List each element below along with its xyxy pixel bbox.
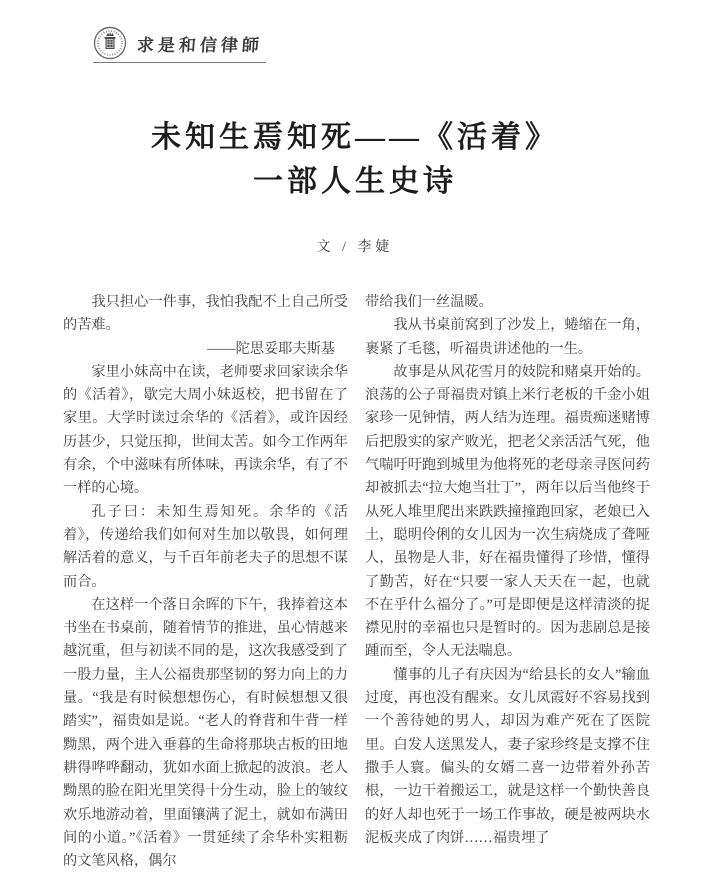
article-body: 我只担心一件事，我怕我配不上自己所受的苦难。——陀思妥耶夫斯基家里小妹高中在读，… — [63, 291, 650, 874]
paragraph-left-2: ——陀思妥耶夫斯基 — [63, 338, 348, 361]
article-title-line2: 一部人生史诗 — [0, 160, 710, 204]
article-title: 未知生焉知死——《活着》 一部人生史诗 — [0, 116, 710, 204]
brand-name: 求是和信律師 — [136, 31, 264, 56]
paragraph-right-2: 我从书桌前窝到了沙发上，蜷缩在一角，裹紧了毛毯，听福贵讲述他的一生。 — [365, 314, 650, 361]
law-firm-seal-icon — [93, 26, 127, 60]
article-title-line1: 未知生焉知死——《活着》 — [0, 116, 710, 160]
byline: 文 / 李婕 — [0, 236, 710, 256]
page-header: 求是和信律師 — [93, 24, 353, 62]
paragraph-right-1: 带给我们一丝温暖。 — [365, 291, 650, 314]
paragraph-right-3: 故事是从风花雪月的妓院和赌桌开始的。浪荡的公子哥福贵对镇上米行老板的千金小姐家珍… — [365, 361, 650, 664]
paragraph-left-3: 家里小妹高中在读，老师要求回家读余华的《活着》，歇完大周小妹返校，把书留在了家里… — [63, 361, 348, 501]
paragraph-right-4: 懂事的儿子有庆因为“给县长的女人”输血过度，再也没有醒来。女儿凤霞好不容易找到一… — [365, 664, 650, 850]
paragraph-left-5: 在这样一个落日余晖的下午，我捧着这本书坐在书桌前，随着情节的推进，虽心情越来越沉… — [63, 594, 348, 874]
brand-row: 求是和信律師 — [93, 24, 353, 62]
paragraph-left-1: 我只担心一件事，我怕我配不上自己所受的苦难。 — [63, 291, 348, 338]
paragraph-left-4: 孔子曰：未知生焉知死。余华的《活着》，传递给我们如何对生加以敬畏，如何理解活着的… — [63, 501, 348, 594]
article-column-right: 带给我们一丝温暖。我从书桌前窝到了沙发上，蜷缩在一角，裹紧了毛毯，听福贵讲述他的… — [365, 291, 650, 874]
header-divider — [93, 62, 266, 63]
article-column-left: 我只担心一件事，我怕我配不上自己所受的苦难。——陀思妥耶夫斯基家里小妹高中在读，… — [63, 291, 348, 874]
